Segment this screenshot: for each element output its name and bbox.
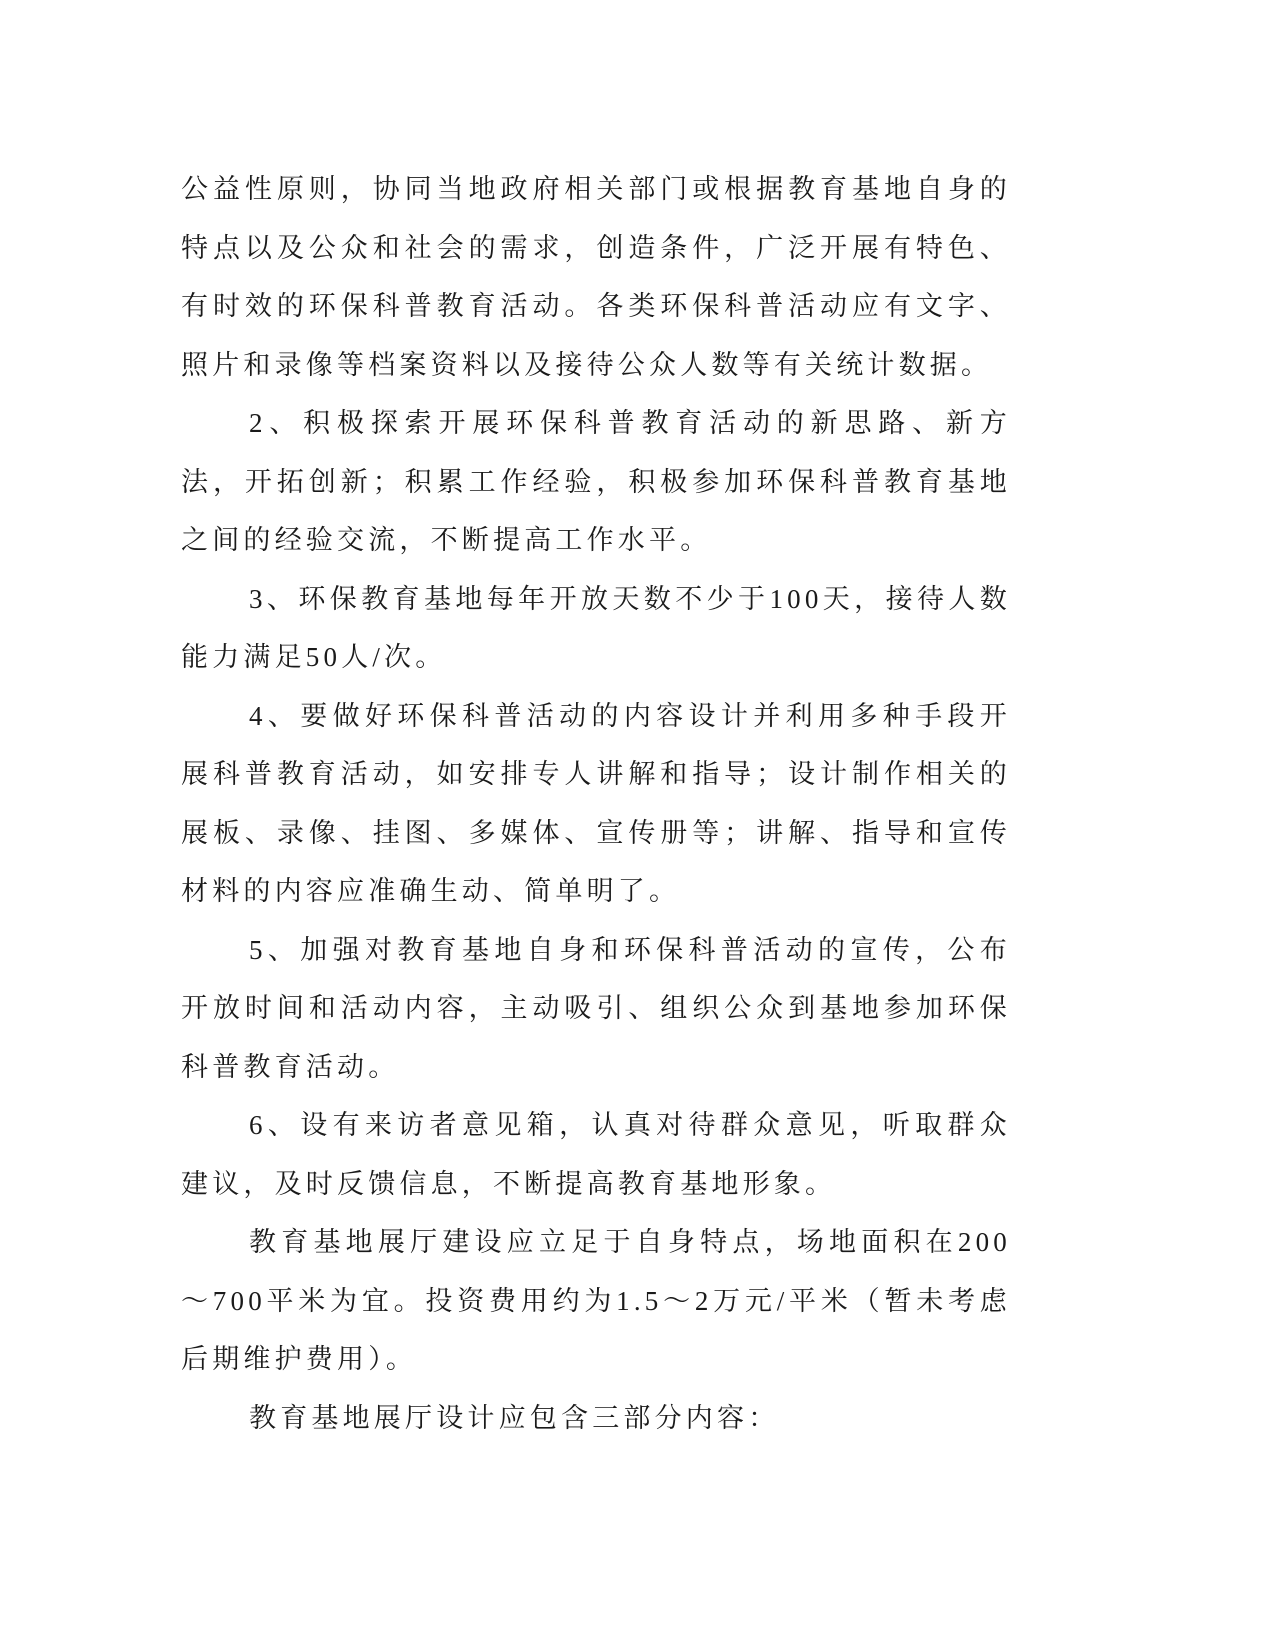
paragraph-exhibition-hall-construction: 教育基地展厅建设应立足于自身特点，场地面积在200～700平米为宜。投资费用约为… (181, 1213, 1011, 1389)
paragraph-item-6: 6、设有来访者意见箱，认真对待群众意见，听取群众建议，及时反馈信息，不断提高教育… (181, 1096, 1011, 1213)
paragraph-item-5: 5、加强对教育基地自身和环保科普活动的宣传，公布开放时间和活动内容，主动吸引、组… (181, 921, 1011, 1097)
paragraph-public-welfare: 公益性原则，协同当地政府相关部门或根据教育基地自身的特点以及公众和社会的需求，创… (181, 160, 1011, 394)
document-page: 公益性原则，协同当地政府相关部门或根据教育基地自身的特点以及公众和社会的需求，创… (181, 160, 1011, 1447)
paragraph-item-4: 4、要做好环保科普活动的内容设计并利用多种手段开展科普教育活动，如安排专人讲解和… (181, 687, 1011, 921)
paragraph-exhibition-hall-design: 教育基地展厅设计应包含三部分内容： (181, 1389, 1011, 1448)
paragraph-item-3: 3、环保教育基地每年开放天数不少于100天，接待人数能力满足50人/次。 (181, 570, 1011, 687)
paragraph-item-2: 2、积极探索开展环保科普教育活动的新思路、新方法，开拓创新；积累工作经验，积极参… (181, 394, 1011, 570)
